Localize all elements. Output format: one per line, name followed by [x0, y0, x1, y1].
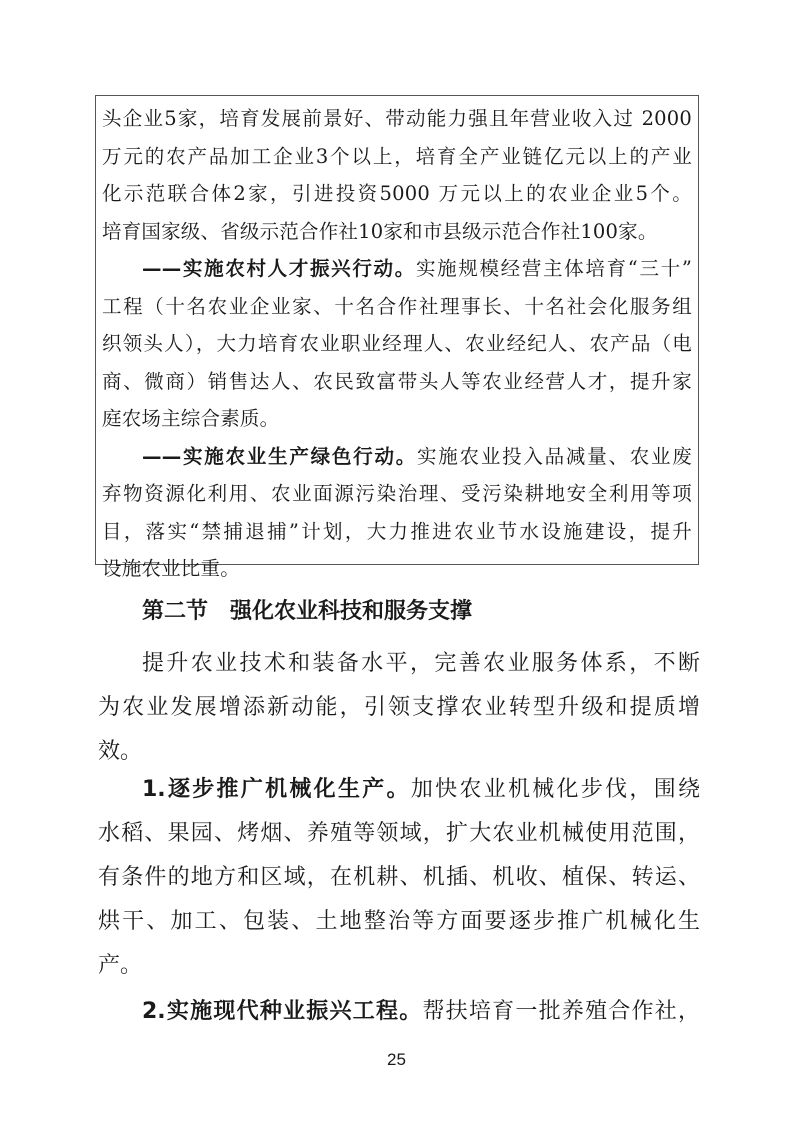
talent-action-paragraph-first-line: ——实施农村人才振兴行动。实施规模经营主体培育“三十”: [102, 250, 692, 288]
body-line: 产。: [98, 944, 700, 988]
boxed-text-panel: 头企业5家，培育发展前景好、带动能力强且年营业收入过 2000 万元的农产品加工…: [95, 95, 699, 565]
box-line: 头企业5家，培育发展前景好、带动能力强且年营业收入过 2000: [102, 100, 692, 138]
green-action-paragraph-first-line: ——实施农业生产绿色行动。实施农业投入品减量、农业废: [102, 438, 692, 476]
item-1-text: 加快农业机械化步伐，围绕: [411, 777, 700, 802]
body-line: 烘干、加工、包装、土地整治等方面要逐步推广机械化生: [98, 900, 700, 944]
page-number: 25: [0, 1050, 793, 1070]
item-2-text: 帮扶培育一批养殖合作社，: [422, 999, 700, 1024]
body-line: 有条件的地方和区域，在机耕、机插、机收、植保、转运、: [98, 856, 700, 900]
item-1-first-line: 1.逐步推广机械化生产。加快农业机械化步伐，围绕: [98, 768, 700, 812]
box-line: 万元的农产品加工企业3个以上，培育全产业链亿元以上的产业: [102, 138, 692, 176]
body-line: 水稻、果园、烤烟、养殖等领域，扩大农业机械使用范围，: [98, 812, 700, 856]
talent-action-title: ——实施农村人才振兴行动。: [142, 257, 416, 280]
item-2-paragraph: 2.实施现代种业振兴工程。帮扶培育一批养殖合作社，: [98, 990, 700, 1034]
item-1-paragraph: 1.逐步推广机械化生产。加快农业机械化步伐，围绕 水稻、果园、烤烟、养殖等领域，…: [98, 768, 700, 988]
intro-paragraph: 提升农业技术和装备水平，完善农业服务体系，不断 为农业发展增添新动能，引领支撑农…: [98, 642, 700, 774]
box-line: 目，落实“禁捕退捕”计划，大力推进农业节水设施建设，提升: [102, 513, 692, 551]
box-line: 设施农业比重。: [102, 550, 692, 588]
box-line: 化示范联合体2家，引进投资5000 万元以上的农业企业5个。: [102, 175, 692, 213]
box-line: 庭农场主综合素质。: [102, 400, 692, 438]
box-line: 工程（十名农业企业家、十名合作社理事长、十名社会化服务组: [102, 288, 692, 326]
item-2-first-line: 2.实施现代种业振兴工程。帮扶培育一批养殖合作社，: [98, 990, 700, 1034]
section-heading: 第二节 强化农业科技和服务支撑: [142, 592, 472, 632]
box-line: 商、微商）销售达人、农民致富带头人等农业经营人才，提升家: [102, 363, 692, 401]
body-line: 提升农业技术和装备水平，完善农业服务体系，不断: [98, 642, 700, 686]
item-2-title: 2.实施现代种业振兴工程。: [142, 999, 422, 1024]
green-action-title: ——实施农业生产绿色行动。: [142, 445, 417, 468]
green-action-text: 实施农业投入品减量、农业废: [417, 445, 692, 468]
box-line: 弃物资源化利用、农业面源污染治理、受污染耕地安全利用等项: [102, 475, 692, 513]
talent-action-text: 实施规模经营主体培育“三十”: [416, 257, 692, 280]
box-line: 织领头人），大力培育农业职业经理人、农业经纪人、农产品（电: [102, 325, 692, 363]
body-line: 为农业发展增添新动能，引领支撑农业转型升级和提质增: [98, 686, 700, 730]
box-line: 培育国家级、省级示范合作社10家和市县级示范合作社100家。: [102, 213, 692, 251]
item-1-title: 1.逐步推广机械化生产。: [142, 777, 411, 802]
document-page: 头企业5家，培育发展前景好、带动能力强且年营业收入过 2000 万元的农产品加工…: [0, 0, 793, 1122]
